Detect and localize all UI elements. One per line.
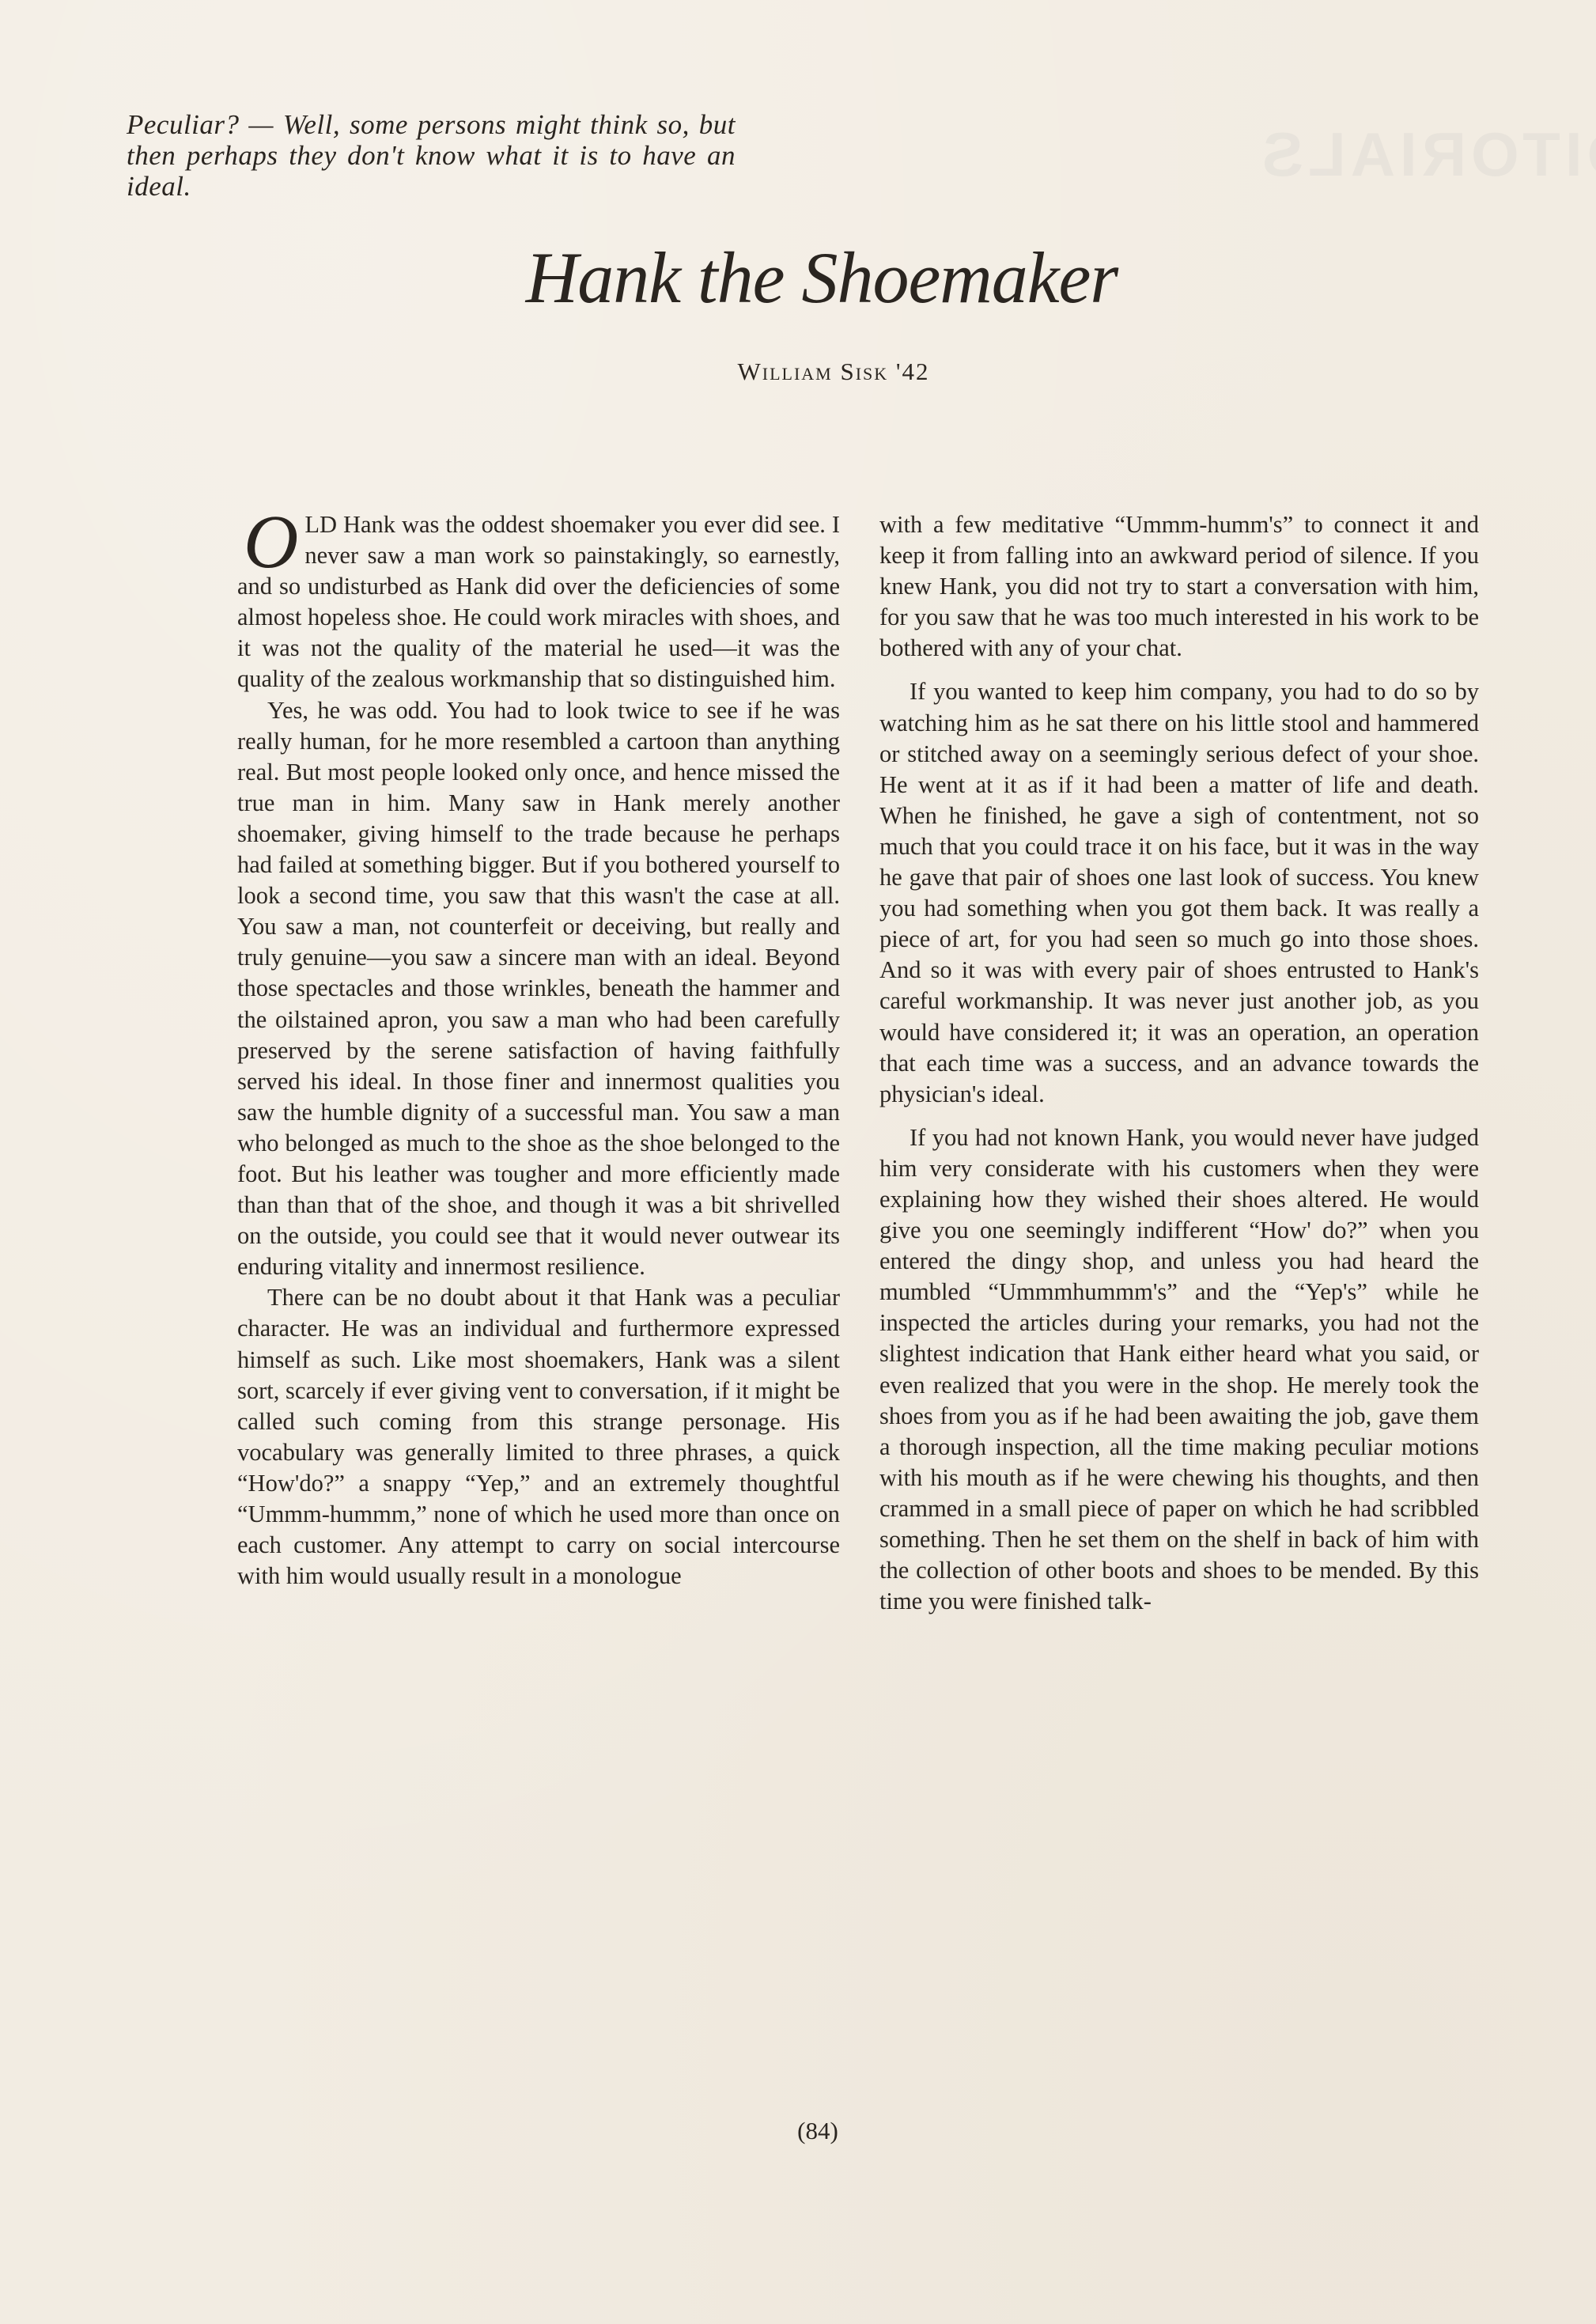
page-number: (84) xyxy=(0,2117,1596,2145)
bleed-through-text: EDITORIALS xyxy=(1258,119,1596,191)
paragraph-2: Yes, he was odd. You had to look twice t… xyxy=(237,695,840,1283)
article-byline: William Sisk '42 xyxy=(0,358,1596,386)
drop-cap: O xyxy=(244,513,298,571)
epigraph: Peculiar? — Well, some persons might thi… xyxy=(127,109,736,202)
paragraph-1-text: LD Hank was the oddest shoemaker you eve… xyxy=(237,511,840,692)
paragraph-1: OLD Hank was the oddest shoemaker you ev… xyxy=(237,509,840,695)
right-column: with a few meditative “Ummm-humm's” to c… xyxy=(879,509,1479,1617)
left-column: OLD Hank was the oddest shoemaker you ev… xyxy=(237,509,840,1592)
paragraph-4: If you wanted to keep him company, you h… xyxy=(879,676,1479,1109)
paragraph-3-continued: with a few meditative “Ummm-humm's” to c… xyxy=(879,509,1479,664)
article-title: Hank the Shoemaker xyxy=(0,234,1596,321)
magazine-page: EDITORIALS Peculiar? — Well, some person… xyxy=(0,0,1596,2324)
paragraph-3: There can be no doubt about it that Hank… xyxy=(237,1282,840,1592)
paragraph-5: If you had not known Hank, you would nev… xyxy=(879,1122,1479,1618)
